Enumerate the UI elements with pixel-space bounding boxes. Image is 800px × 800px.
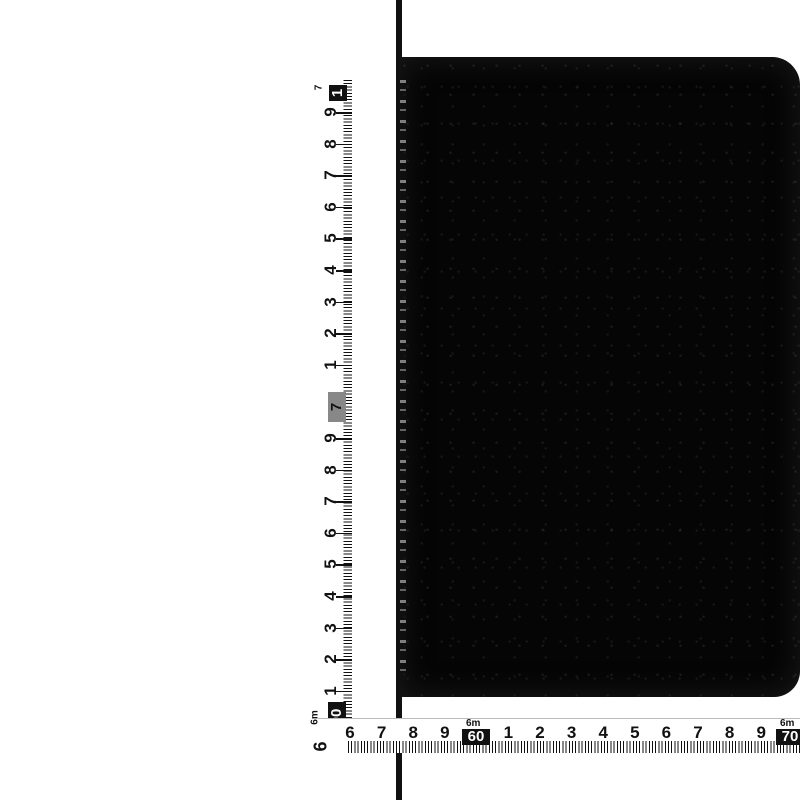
ruler-number: 8	[403, 723, 423, 743]
ruler-major-tick	[336, 691, 352, 693]
ruler-number: 7	[688, 723, 708, 743]
ruler-major-tick	[336, 470, 352, 472]
ruler-number: 8	[720, 723, 740, 743]
ruler-number: 2	[530, 723, 550, 743]
book-spine-edge	[400, 80, 406, 680]
ruler-major-tick	[336, 207, 352, 209]
ruler-unit-label: 7	[313, 85, 324, 91]
ruler-major-tick	[336, 302, 352, 304]
ruler-number: 9	[751, 723, 771, 743]
ruler-corner-label: 6	[311, 741, 332, 751]
ruler-number: 5	[625, 723, 645, 743]
book-cover	[400, 57, 800, 697]
ruler-major-tick	[336, 112, 352, 114]
ruler-major-tick	[336, 238, 352, 240]
ruler-major-tick	[336, 175, 352, 177]
ruler-major-tick	[336, 438, 352, 440]
ruler-badge: 7	[328, 392, 346, 422]
ruler-badge: 60	[462, 729, 490, 745]
horizontal-ruler: 6789123456789 60 6m 70 6m	[318, 718, 800, 753]
ruler-major-tick	[336, 628, 352, 630]
ruler-number: 1	[498, 723, 518, 743]
ruler-number: 4	[593, 723, 613, 743]
ruler-major-tick	[336, 501, 352, 503]
ruler-badge: 70	[776, 729, 800, 745]
ruler-number: 6	[656, 723, 676, 743]
ruler-major-tick	[336, 365, 352, 367]
ruler-unit-label: 6m	[466, 718, 480, 729]
ruler-major-tick	[336, 564, 352, 566]
ruler-major-tick	[336, 144, 352, 146]
ruler-badge: 1	[329, 85, 347, 101]
ruler-number: 3	[562, 723, 582, 743]
ruler-major-tick	[336, 533, 352, 535]
ruler-major-tick	[336, 659, 352, 661]
ruler-number: 6	[340, 723, 360, 743]
ruler-major-tick	[336, 333, 352, 335]
vertical-ruler: 7 1 987654321987654321 7 90 6m	[316, 80, 352, 720]
ruler-number: 9	[435, 723, 455, 743]
ruler-major-tick	[336, 270, 352, 272]
ruler-major-tick	[336, 596, 352, 598]
ruler-unit-label: 6m	[780, 718, 794, 729]
ruler-number: 7	[372, 723, 392, 743]
scanned-photo: 7 1 987654321987654321 7 90 6m 678912345…	[0, 0, 800, 800]
